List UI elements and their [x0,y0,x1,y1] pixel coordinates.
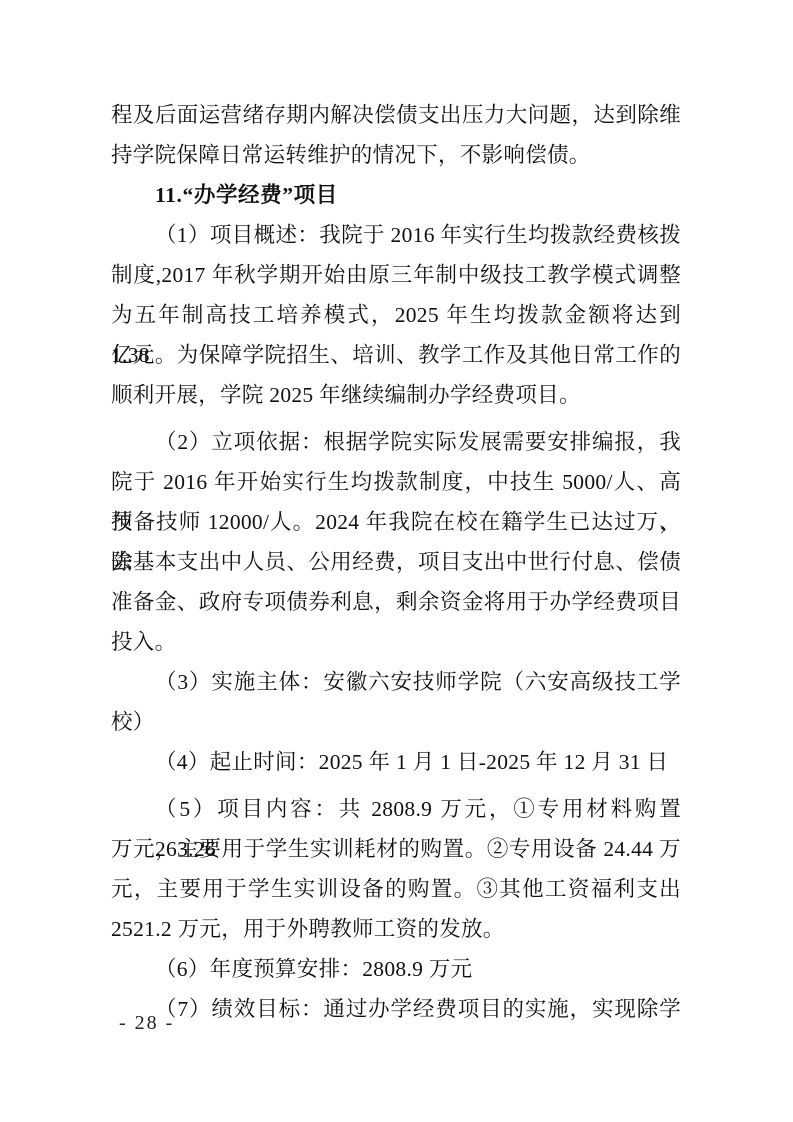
text-line: （6）年度预算安排：2808.9 万元 [111,949,681,989]
text-line: 投入。 [111,622,681,662]
text-line: 持学院保障日常运转维护的情况下，不影响偿债。 [111,135,681,175]
text-line: （1）项目概述：我院于 2016 年实行生均拨款经费核拨 [111,215,681,255]
text-line: 准备金、政府专项债券利息，剩余资金将用于办学经费项目 [111,582,681,622]
text-line: 为五年制高技工培养模式，2025 年生均拨款金额将达到 1.38 [111,295,681,335]
text-line: （2）立项依据：根据学院实际发展需要安排编报，我 [111,422,681,462]
document-page: 程及后面运营绪存期内解决偿债支出压力大问题，达到除维持学院保障日常运转维护的情况… [0,0,793,1122]
text-line: 万元，主要用于学生实训耗材的购置。②专用设备 24.44 万 [111,829,681,869]
text-line: （7）绩效目标：通过办学经费项目的实施，实现除学 [111,989,681,1029]
text-line: 制度,2017 年秋学期开始由原三年制中级技工教学模式调整 [111,255,681,295]
text-line: 去基本支出中人员、公用经费，项目支出中世行付息、偿债 [111,542,681,582]
text-line: （4）起止时间：2025 年 1 月 1 日-2025 年 12 月 31 日 [111,742,681,782]
text-line: 预备技师 12000/人。2024 年我院在校在籍学生已达过万，除 [111,502,681,542]
document-body: 程及后面运营绪存期内解决偿债支出压力大问题，达到除维持学院保障日常运转维护的情况… [111,95,681,1029]
text-line: 顺利开展，学院 2025 年继续编制办学经费项目。 [111,375,681,415]
text-line: （5）项目内容：共 2808.9 万元，①专用材料购置 263.26 [111,789,681,829]
page-number: - 28 - [119,1010,174,1036]
text-line: 亿元。为保障学院招生、培训、教学工作及其他日常工作的 [111,335,681,375]
section-heading: 11.“办学经费”项目 [111,175,681,215]
text-line: （3）实施主体：安徽六安技师学院（六安高级技工学 [111,662,681,702]
text-line: 元，主要用于学生实训设备的购置。③其他工资福利支出 [111,869,681,909]
text-line: 院于 2016 年开始实行生均拨款制度，中技生 5000/人、高技、 [111,462,681,502]
text-line: 程及后面运营绪存期内解决偿债支出压力大问题，达到除维 [111,95,681,135]
text-line: 校） [111,702,681,742]
text-line: 2521.2 万元，用于外聘教师工资的发放。 [111,909,681,949]
